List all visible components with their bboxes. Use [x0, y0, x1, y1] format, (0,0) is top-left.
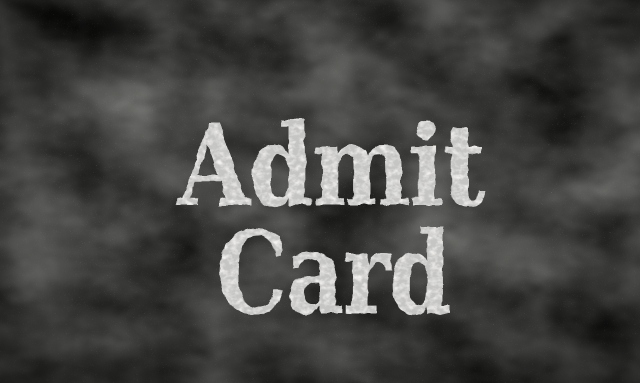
graphic-canvas: Admit Card: [0, 0, 640, 383]
admit-card-graphic: Admit Card: [0, 0, 640, 383]
title-line-2: Card: [216, 207, 450, 340]
